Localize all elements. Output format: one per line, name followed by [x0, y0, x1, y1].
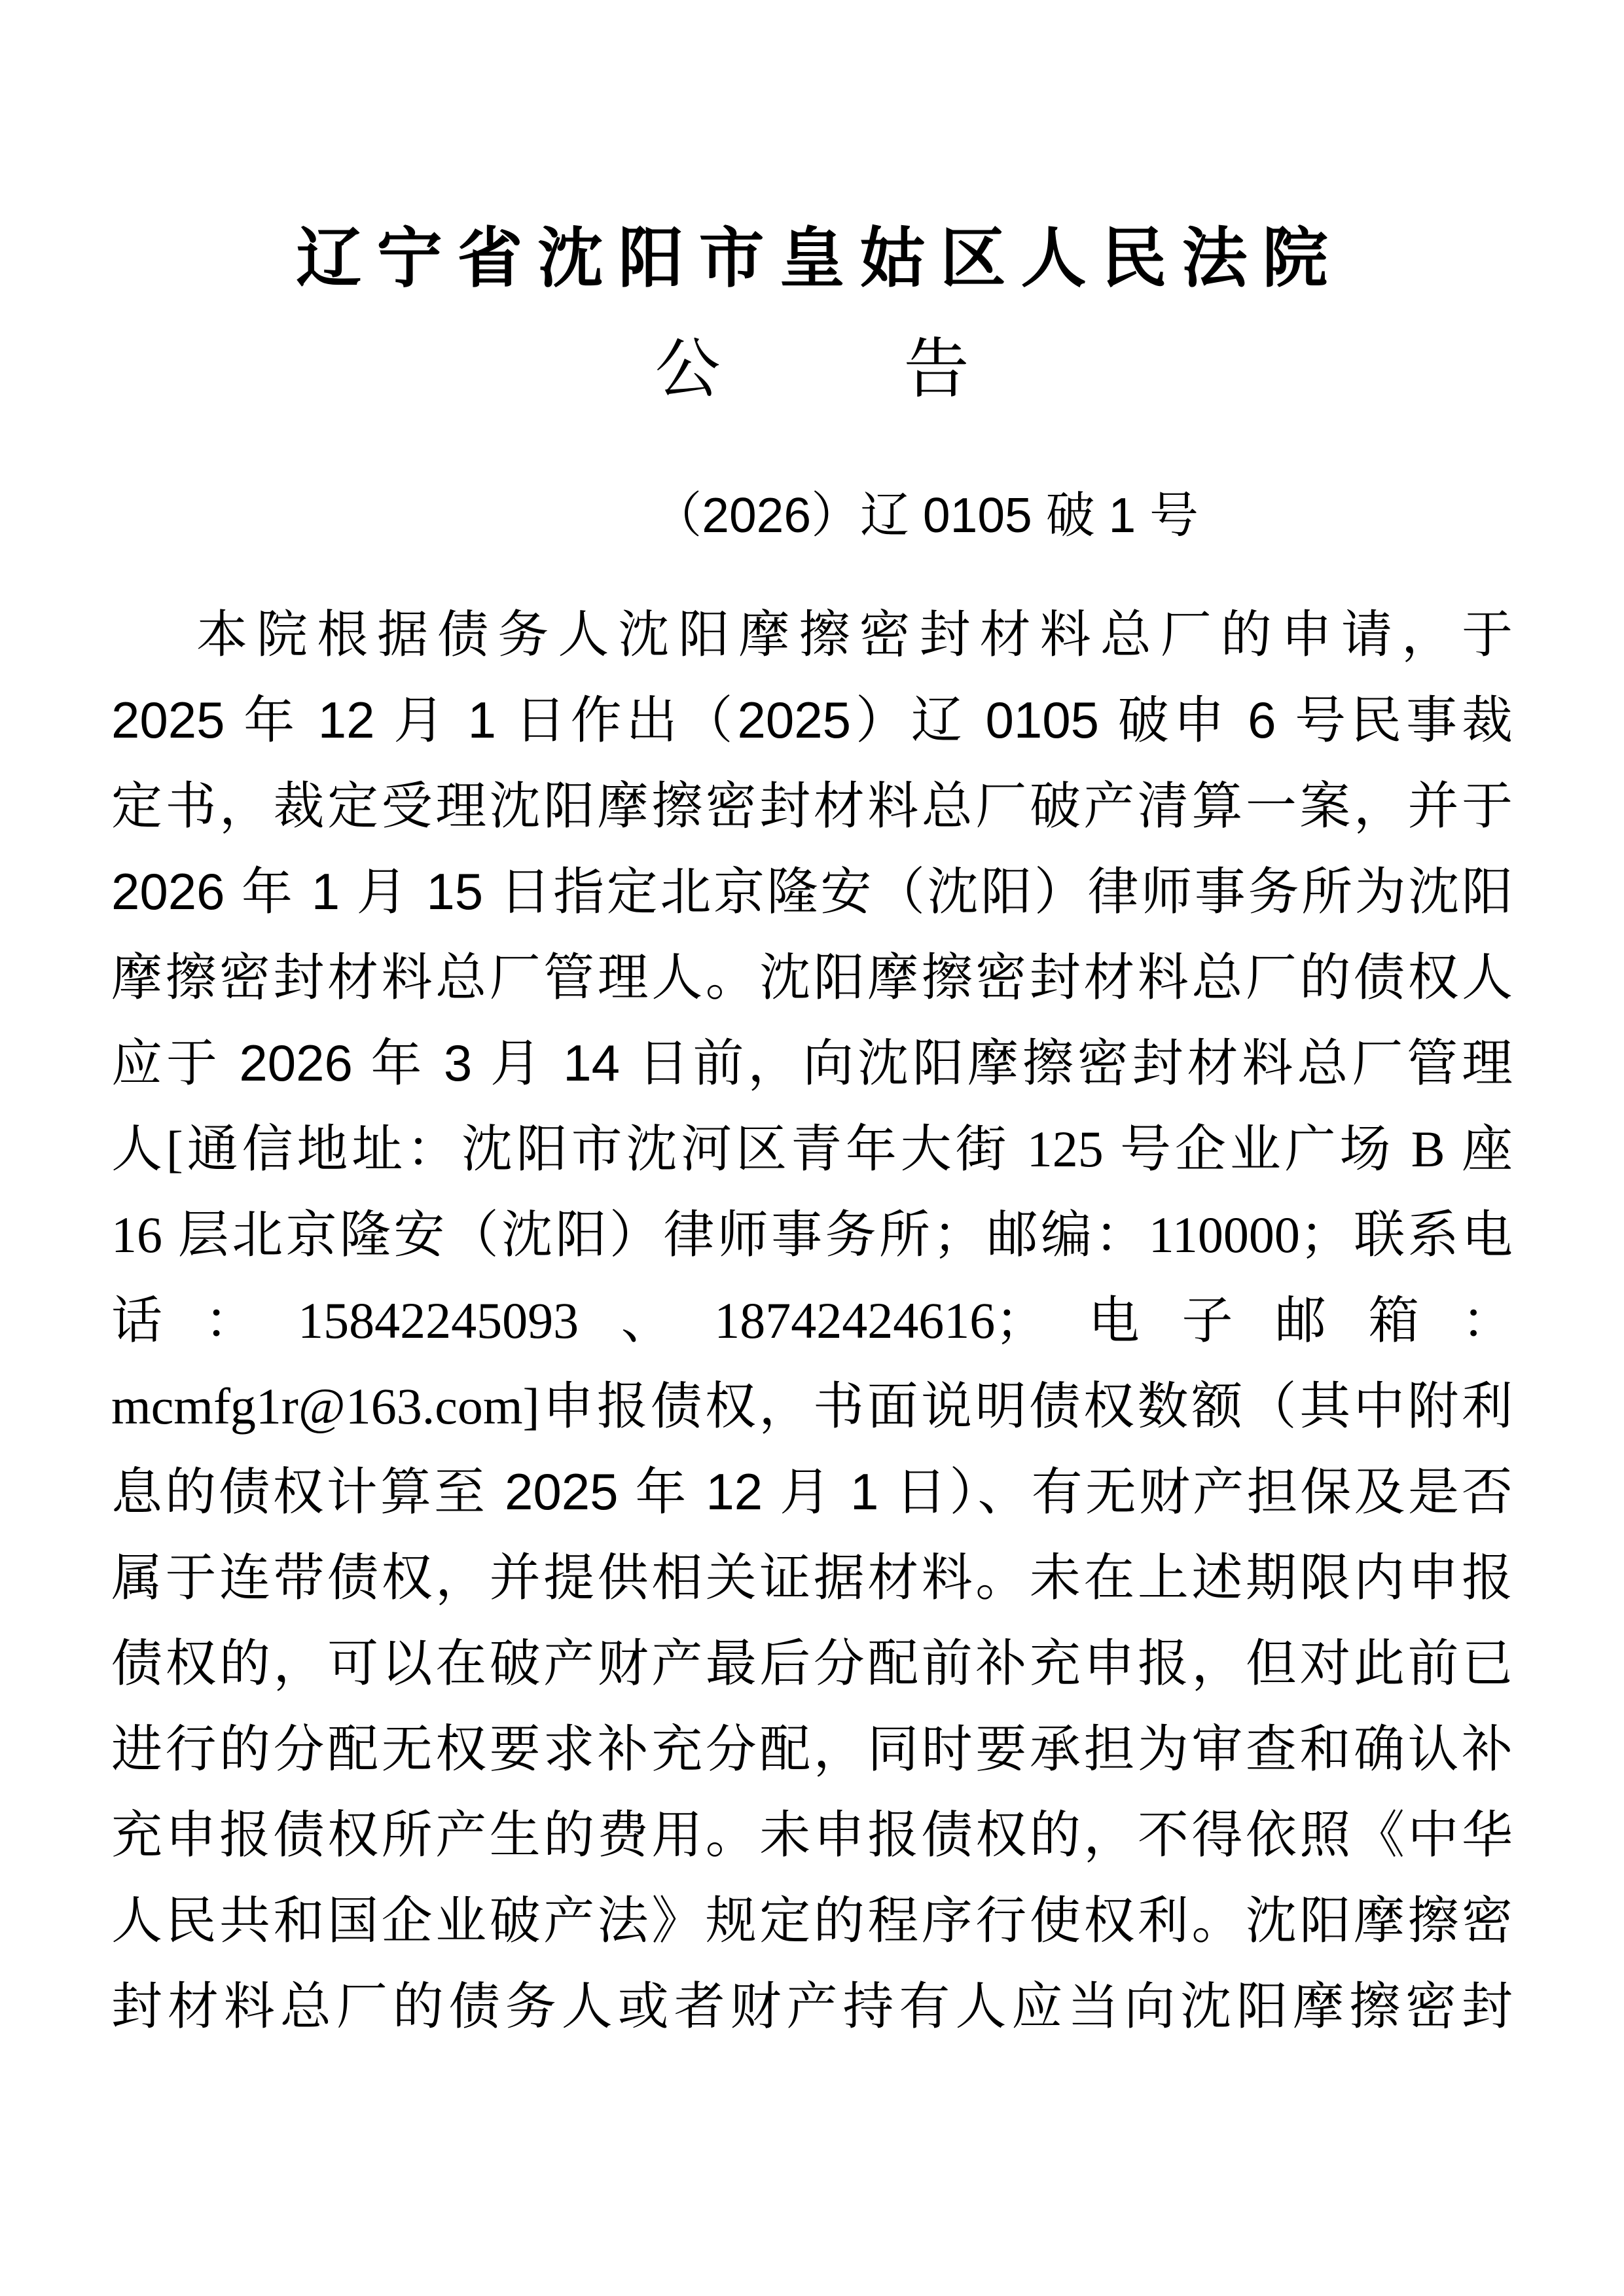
text-segment: 封材料总厂的债务人或者财产持有人应当向沈阳摩擦密封 [111, 1977, 1513, 2035]
text-segment: 摩擦密封材料总厂管理人。沈阳摩擦密封材料总厂的债权人 [111, 948, 1513, 1006]
body-line: 封材料总厂的债务人或者财产持有人应当向沈阳摩擦密封 [111, 1964, 1513, 2049]
announcement-page: 辽宁省沈阳市皇姑区人民法院 公告 （2026）辽 0105 破 1 号 本院根据… [0, 0, 1624, 2296]
body-line: 2025 年 12 月 1 日作出（2025）辽 0105 破申 6 号民事裁 [111, 677, 1513, 763]
body-line: mcmfg1r@163.com]申报债权，书面说明债权数额（其中附利 [111, 1363, 1513, 1449]
body-line: 息的债权计算至 2025 年 12 月 1 日）、有无财产担保及是否 [111, 1449, 1513, 1535]
body-line: 人民共和国企业破产法》规定的程序行使权利。沈阳摩擦密 [111, 1878, 1513, 1964]
text-segment: [通信地址：沈阳市沈河区青年大街 125 号企业广场 B 座 [166, 1121, 1513, 1177]
text-segment: 人民共和国企业破产法》规定的程序行使权利。沈阳摩擦密 [111, 1892, 1513, 1949]
body-line: 定书，裁定受理沈阳摩擦密封材料总厂破产清算一案，并于 [111, 763, 1513, 849]
body-paragraph: 本院根据债务人沈阳摩擦密封材料总厂的申请，于2025 年 12 月 1 日作出（… [111, 592, 1513, 2049]
body-line: 属于连带债权，并提供相关证据材料。未在上述期限内申报 [111, 1535, 1513, 1621]
announcement-title: 公告 [111, 327, 1513, 412]
body-line: 应于 2026 年 3 月 14 日前，向沈阳摩擦密封材料总厂管理 [111, 1020, 1513, 1106]
text-segment: 16 层北京隆安（沈阳）律师事务所；邮编：110000；联系电 [111, 1206, 1513, 1263]
body-line: 本院根据债务人沈阳摩擦密封材料总厂的申请，于 [111, 592, 1513, 677]
text-segment: 人 [111, 1120, 166, 1177]
text-segment: 息的债权计算至 2025 年 12 月 1 日）、有无财产担保及是否 [111, 1463, 1513, 1520]
body-line: 债权的，可以在破产财产最后分配前补充申报，但对此前已 [111, 1621, 1513, 1706]
text-segment: mcmfg1r@163.com] [111, 1378, 540, 1435]
body-line: 2026 年 1 月 15 日指定北京隆安（沈阳）律师事务所为沈阳 [111, 849, 1513, 935]
body-line: 话：15842245093、18742424616；电子邮箱： [111, 1278, 1513, 1363]
body-line: 摩擦密封材料总厂管理人。沈阳摩擦密封材料总厂的债权人 [111, 935, 1513, 1020]
text-segment: 充申报债权所产生的费用。未申报债权的，不得依照《中华 [111, 1806, 1513, 1863]
body-line: 人[通信地址：沈阳市沈河区青年大街 125 号企业广场 B 座 [111, 1106, 1513, 1192]
text-segment: 应于 2026 年 3 月 14 日前，向沈阳摩擦密封材料总厂管理 [111, 1034, 1513, 1092]
text-segment: 属于连带债权，并提供相关证据材料。未在上述期限内申报 [111, 1549, 1513, 1606]
text-segment: 进行的分配无权要求补充分配，同时要承担为审查和确认补 [111, 1720, 1513, 1778]
text-segment: 2025 年 12 月 1 日作出（2025）辽 0105 破申 6 号民事裁 [111, 691, 1513, 749]
text-segment: 2026 年 1 月 15 日指定北京隆安（沈阳）律师事务所为沈阳 [111, 863, 1513, 920]
court-title: 辽宁省沈阳市皇姑区人民法院 [111, 216, 1513, 301]
text-segment: 本院根据债务人沈阳摩擦密封材料总厂的申请，于 [196, 605, 1513, 663]
body-line: 进行的分配无权要求补充分配，同时要承担为审查和确认补 [111, 1706, 1513, 1792]
text-segment: 债权的，可以在破产财产最后分配前补充申报，但对此前已 [111, 1634, 1513, 1692]
text-segment: 话：15842245093、18742424616；电子邮箱： [111, 1292, 1513, 1349]
body-line: 16 层北京隆安（沈阳）律师事务所；邮编：110000；联系电 [111, 1192, 1513, 1278]
text-segment: 定书，裁定受理沈阳摩擦密封材料总厂破产清算一案，并于 [111, 777, 1513, 834]
body-line: 充申报债权所产生的费用。未申报债权的，不得依照《中华 [111, 1792, 1513, 1878]
case-number: （2026）辽 0105 破 1 号 [111, 484, 1513, 546]
text-segment: 申报债权，书面说明债权数额（其中附利 [540, 1377, 1513, 1435]
